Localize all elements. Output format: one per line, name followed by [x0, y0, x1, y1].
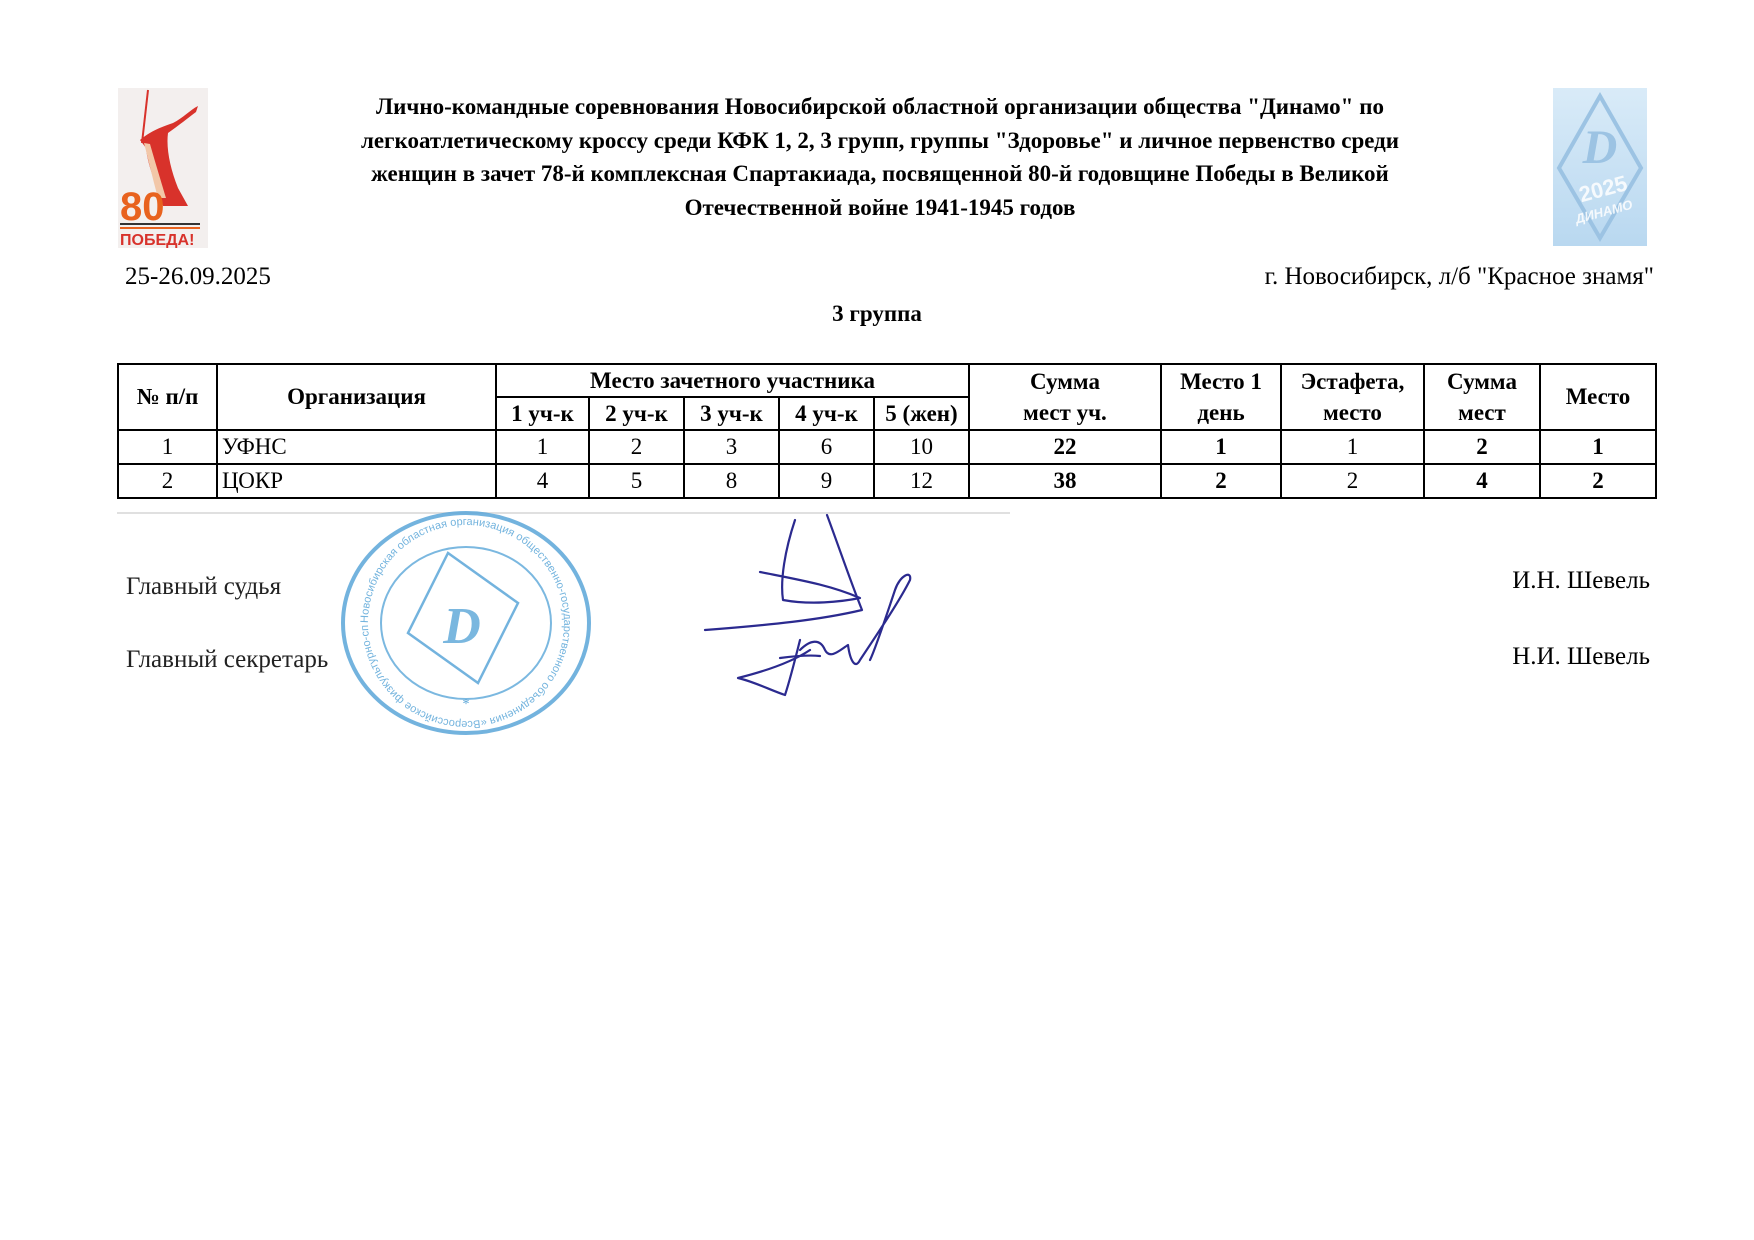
cell-sum-participants: 38 — [969, 464, 1161, 498]
header-relay-place: Эстафета, место — [1281, 364, 1424, 430]
header-line: мест уч. — [970, 397, 1160, 428]
header-org: Организация — [217, 364, 496, 430]
cell-p4: 6 — [779, 430, 874, 464]
cell-p5: 10 — [874, 430, 969, 464]
event-venue: г. Новосибирск, л/б "Красное знамя" — [1265, 263, 1654, 291]
cell-day1: 1 — [1161, 430, 1281, 464]
cell-num: 1 — [118, 430, 217, 464]
handwritten-signature — [700, 510, 1010, 720]
cell-p4: 9 — [779, 464, 874, 498]
official-stamp: Новосибирская областная организация обще… — [338, 508, 594, 738]
title-line: женщин в зачет 78-й комплексная Спартаки… — [230, 157, 1530, 191]
cell-org: УФНС — [217, 430, 496, 464]
document-title: Лично-командные соревнования Новосибирск… — [230, 90, 1530, 224]
chief-judge-label: Главный судья — [126, 573, 281, 601]
svg-text:*: * — [463, 697, 470, 712]
header-place-day1: Место 1 день — [1161, 364, 1281, 430]
cell-sum: 2 — [1424, 430, 1540, 464]
signature-icon — [700, 510, 1010, 720]
header-line: день — [1162, 397, 1280, 428]
header-line: Сумма — [970, 366, 1160, 397]
table-row: 2 ЦОКР 4 5 8 9 12 38 2 2 4 2 — [118, 464, 1656, 498]
cell-p2: 2 — [589, 430, 684, 464]
title-line: Отечественной войне 1941-1945 годов — [230, 191, 1530, 225]
header-participant-2: 2 уч-к — [589, 397, 684, 430]
header-participant-5: 5 (жен) — [874, 397, 969, 430]
event-date: 25-26.09.2025 — [125, 263, 271, 291]
header-line: мест — [1425, 397, 1539, 428]
header-line: Сумма — [1425, 366, 1539, 397]
table-row: 1 УФНС 1 2 3 6 10 22 1 1 2 1 — [118, 430, 1656, 464]
header-place: Место — [1540, 364, 1656, 430]
cell-day1: 2 — [1161, 464, 1281, 498]
cell-org: ЦОКР — [217, 464, 496, 498]
header-num: № п/п — [118, 364, 217, 430]
header-participant-3: 3 уч-к — [684, 397, 779, 430]
cell-p5: 12 — [874, 464, 969, 498]
cell-sum-participants: 22 — [969, 430, 1161, 464]
results-table: № п/п Организация Место зачетного участн… — [117, 363, 1657, 499]
dinamo-emblem-icon: D 2025 ДИНАМО — [1553, 88, 1647, 246]
svg-text:ПОБЕДА!: ПОБЕДА! — [120, 232, 194, 248]
chief-secretary-name: Н.И. Шевель — [1512, 643, 1650, 671]
cell-p3: 8 — [684, 464, 779, 498]
header-line: Место 1 — [1162, 366, 1280, 397]
cell-p2: 5 — [589, 464, 684, 498]
cell-place: 2 — [1540, 464, 1656, 498]
cell-relay: 2 — [1281, 464, 1424, 498]
header-sum-places-participants: Сумма мест уч. — [969, 364, 1161, 430]
header-line: Эстафета, — [1282, 366, 1423, 397]
header-participants-group: Место зачетного участника — [496, 364, 969, 397]
header-participant-1: 1 уч-к — [496, 397, 589, 430]
victory-statue-icon: 80 ПОБЕДА! — [118, 88, 208, 248]
group-heading: 3 группа — [0, 301, 1754, 327]
header-line: место — [1282, 397, 1423, 428]
cell-relay: 1 — [1281, 430, 1424, 464]
chief-secretary-label: Главный секретарь — [126, 646, 328, 674]
cell-num: 2 — [118, 464, 217, 498]
cell-p1: 4 — [496, 464, 589, 498]
svg-text:80: 80 — [120, 185, 165, 229]
cell-p1: 1 — [496, 430, 589, 464]
header-sum-places: Сумма мест — [1424, 364, 1540, 430]
dinamo-2025-logo: D 2025 ДИНАМО — [1553, 88, 1647, 246]
svg-text:D: D — [442, 598, 481, 655]
chief-judge-name: И.Н. Шевель — [1512, 567, 1650, 595]
title-line: Лично-командные соревнования Новосибирск… — [230, 90, 1530, 124]
cell-sum: 4 — [1424, 464, 1540, 498]
header-participant-4: 4 уч-к — [779, 397, 874, 430]
title-line: легкоатлетическому кроссу среди КФК 1, 2… — [230, 124, 1530, 158]
svg-text:D: D — [1582, 121, 1618, 174]
dinamo-stamp-icon: Новосибирская областная организация обще… — [338, 508, 594, 738]
cell-place: 1 — [1540, 430, 1656, 464]
cell-p3: 3 — [684, 430, 779, 464]
victory-80-logo: 80 ПОБЕДА! — [118, 88, 208, 248]
